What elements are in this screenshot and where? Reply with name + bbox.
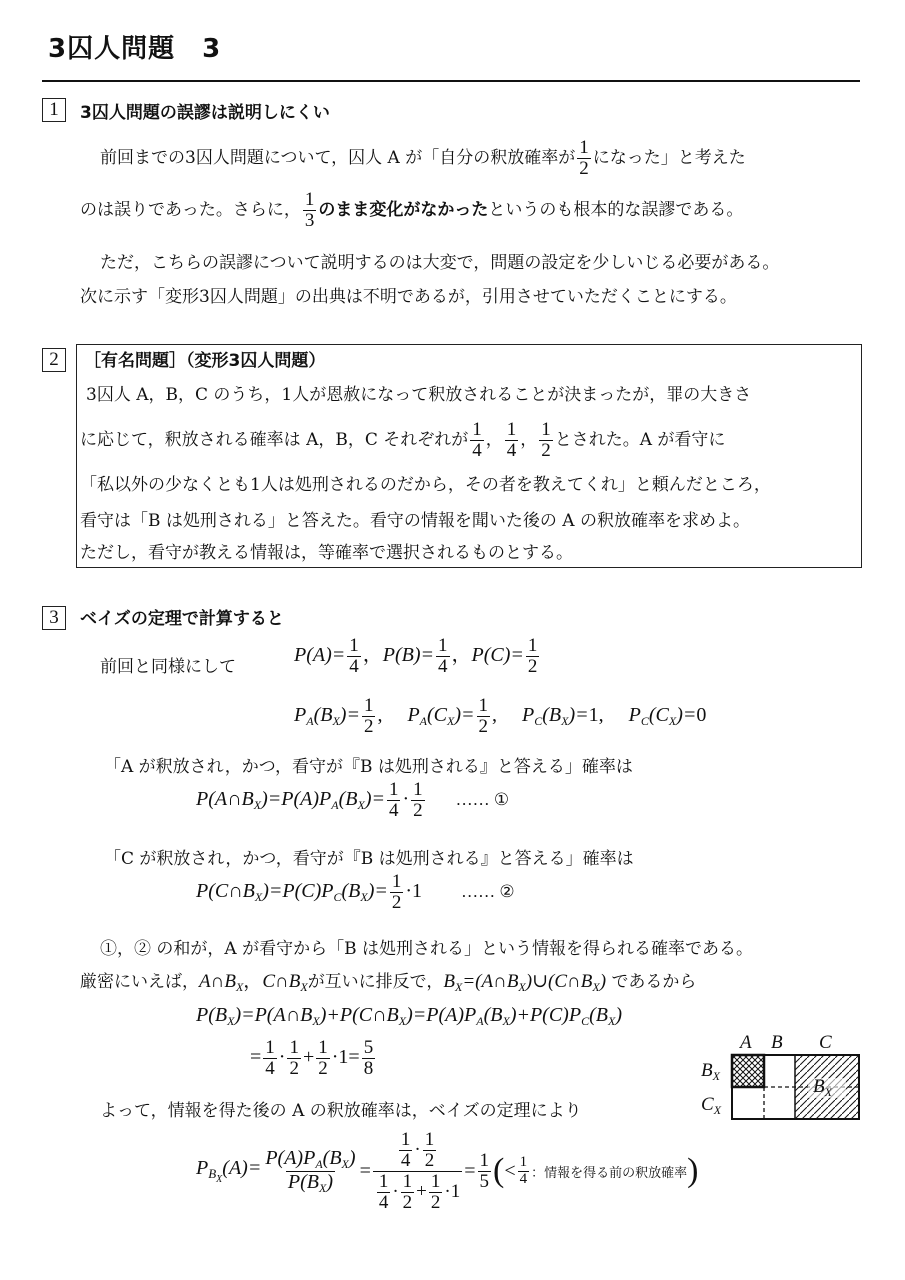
- problem-line-3: 「私以外の少なくとも1人は処刑されるのだから，その者を教えてくれ」と頼んだところ…: [80, 470, 771, 495]
- diagram-overlay-label-BX: BX: [813, 1076, 832, 1100]
- equation-pbx-value: =14·12+12·1=58: [250, 1038, 377, 1079]
- section-2-number: 2: [42, 348, 66, 372]
- equation-1: P(A∩BX)=P(A)PA(BX)=14·12 …… ①: [196, 780, 509, 821]
- section-1-number: 1: [42, 98, 66, 122]
- title-divider: [42, 80, 860, 82]
- text-a-released: 「A が釈放され，かつ，看守が『B は処刑される』と答える」確率は: [104, 752, 633, 777]
- section-1-paragraph-1-line-2: のは誤りであった。さらに，13のまま変化がなかったというのも根本的な誤謬である。: [80, 190, 743, 231]
- diagram-label-C: C: [819, 1032, 832, 1054]
- equation-priors: P(A)=14，P(B)=14，P(C)=12: [294, 636, 541, 677]
- probability-diagram: A B C BX CX BX: [695, 1030, 865, 1130]
- sum-text-line-1: ①，② の和が，A が看守から「B は処刑される」という情報を得られる確率である…: [100, 934, 753, 959]
- diagram-row-label-BX: BX: [701, 1060, 720, 1084]
- section-1-paragraph-2-line-1: ただ，こちらの誤謬について説明するのは大変で，問題の設定を少しいじる必要がある。: [100, 248, 779, 273]
- problem-line-1: 3囚人 A，B，C のうち，1人が恩赦になって釈放されることが決まったが，罪の大…: [86, 380, 751, 405]
- equation-conditionals: PA(BX)=12, PA(CX)=12, PC(BX)=1, PC(CX)=0: [294, 696, 706, 737]
- equation-bayes-final: PBX(A)= P(A)PA(BX)P(BX) = 14·12 14·12+12…: [196, 1130, 698, 1213]
- diagram-label-A: A: [740, 1032, 752, 1054]
- equation-2: P(C∩BX)=P(C)PC(BX)=12·1 …… ②: [196, 872, 515, 913]
- problem-line-4: 看守は「B は処刑される」と答えた。看守の情報を聞いた後の A の釈放確率を求め…: [80, 506, 750, 531]
- section-1-paragraph-2-line-2: 次に示す「変形3囚人問題」の出典は不明であるが，引用させていただくことにする。: [80, 282, 737, 307]
- text-c-released: 「C が釈放され，かつ，看守が『B は処刑される』と答える」確率は: [104, 844, 634, 869]
- equation-pbx: P(BX)=P(A∩BX)+P(C∩BX)=P(A)PA(BX)+P(C)PC(…: [196, 1004, 622, 1029]
- section-1-paragraph-1-line-1: 前回までの3囚人問題について，囚人 A が「自分の釈放確率が12になった」と考え…: [100, 138, 746, 179]
- problem-line-5: ただし，看守が教える情報は，等確率で選択されるものとする。: [80, 538, 573, 563]
- conclusion-text: よって，情報を得た後の A の釈放確率は，ベイズの定理により: [100, 1096, 582, 1121]
- diagram-label-B: B: [771, 1032, 783, 1054]
- problem-line-2: に応じて，釈放される確率は A，B，C それぞれが14，14，12とされた。A …: [80, 420, 725, 461]
- diagram-row-label-CX: CX: [701, 1094, 721, 1118]
- section-3-number: 3: [42, 606, 66, 630]
- final-note: ：情報を得る前の釈放確率: [531, 1162, 687, 1181]
- section-3-heading: ベイズの定理で計算すると: [80, 604, 284, 629]
- emphasis-text: のまま変化がなかった: [318, 200, 488, 220]
- section-2-heading: ［有名問題］（変形3囚人問題）: [84, 346, 325, 371]
- fraction-one-half: 12: [577, 138, 591, 179]
- section-1-heading: 3囚人問題の誤謬は説明しにくい: [80, 98, 330, 123]
- fraction-one-third: 13: [303, 190, 317, 231]
- equation-2-label: …… ②: [461, 882, 515, 901]
- page-title: 3囚人問題 3: [48, 28, 221, 65]
- intro-text: 前回と同様にして: [100, 652, 236, 677]
- sum-text-line-2: 厳密にいえば，A∩BX，C∩BXが互いに排反で，BX=(A∩BX)∪(C∩BX)…: [80, 966, 696, 995]
- equation-1-label: …… ①: [456, 790, 510, 809]
